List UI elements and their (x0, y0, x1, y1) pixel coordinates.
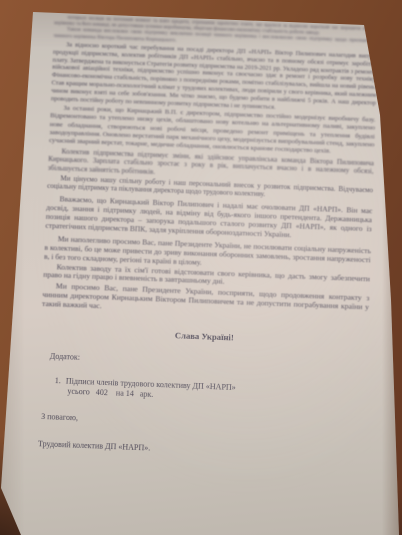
attachment-heading: Додаток: (50, 351, 368, 373)
photo-table-background: чотирьох місяців на поточний момент та в… (0, 0, 402, 535)
document-page: чотирьох місяців на поточний момент та в… (0, 0, 402, 535)
attachment-item-number: 1. (55, 376, 61, 385)
closing-salutation: З повагою, (41, 412, 365, 435)
paragraph: За відносно короткий час перебування на … (51, 41, 378, 115)
slogan-text: Слава Україні! (41, 325, 368, 349)
signature-line: Трудовий колектив ДП «НАРП». (38, 439, 364, 462)
letter-content: чотирьох місяців на поточний момент та в… (36, 15, 379, 461)
attachment-item: 1.Підписи членів трудового колективу ДП … (54, 376, 366, 408)
